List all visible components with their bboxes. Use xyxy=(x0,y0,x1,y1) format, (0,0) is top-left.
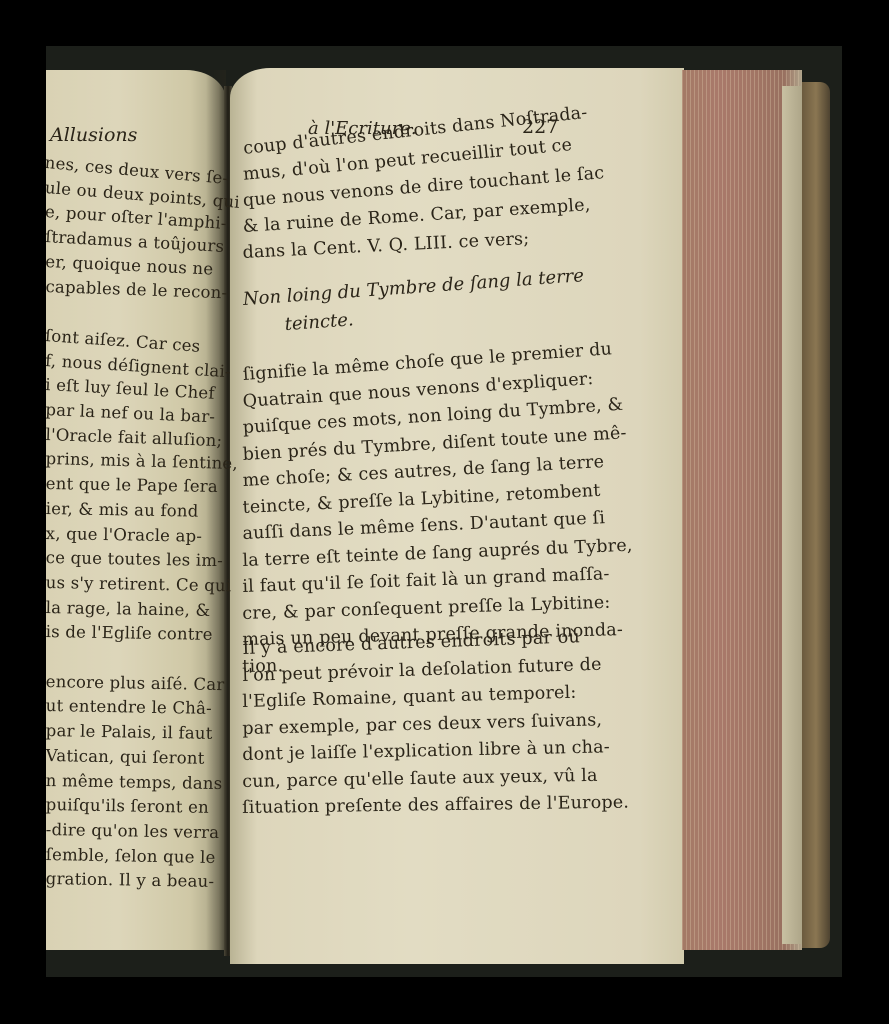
text-line: gration. Il y a beau- xyxy=(46,866,214,896)
endpaper-edge xyxy=(782,86,804,944)
text-line: is de l'Egliſe contre xyxy=(46,619,213,649)
left-running-head: Allusions xyxy=(50,124,137,146)
text-line: capables de le recon- xyxy=(46,274,228,307)
book-cover-edge xyxy=(802,82,830,948)
book-photograph: Allusions nes, ces deux vers ſe-ule ou d… xyxy=(46,46,842,977)
text-line: ſituation preſente des affaires de l'Eur… xyxy=(242,790,629,822)
